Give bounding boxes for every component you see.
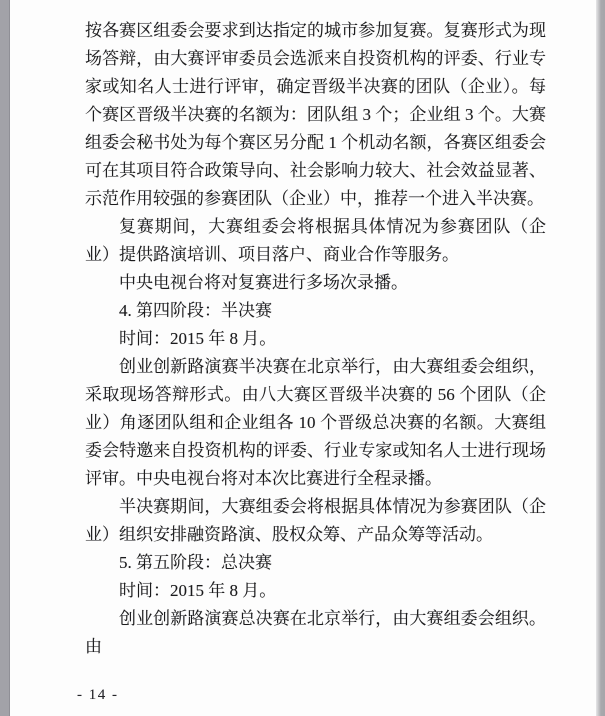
page-number: - 14 - <box>77 687 119 704</box>
paragraph-fusai-services: 复赛期间，大赛组委会将根据具体情况为参赛团队（企业）提供路演培训、项目落户、商业… <box>85 213 546 269</box>
scan-edge-right <box>596 0 605 716</box>
scan-edge-left <box>0 0 10 716</box>
paragraph-final-description: 创业创新路演赛总决赛在北京举行，由大赛组委会组织。由 <box>85 605 546 661</box>
time-stage5: 时间：2015 年 8 月。 <box>85 577 546 605</box>
heading-stage5-final: 5. 第五阶段：总决赛 <box>85 549 546 577</box>
heading-stage4-semifinal: 4. 第四阶段：半决赛 <box>85 297 546 325</box>
scanned-document-page: 按各赛区组委会要求到达指定的城市参加复赛。复赛形式为现场答辩，由大赛评审委员会选… <box>0 0 605 716</box>
paragraph-cctv-fusai-broadcast: 中央电视台将对复赛进行多场次录播。 <box>85 269 546 297</box>
paragraph-fusai-description: 按各赛区组委会要求到达指定的城市参加复赛。复赛形式为现场答辩，由大赛评审委员会选… <box>85 17 546 213</box>
paragraph-semifinal-description: 创业创新路演赛半决赛在北京举行，由大赛组委会组织，采取现场答辩形式。由八大赛区晋… <box>85 353 546 493</box>
time-stage4: 时间：2015 年 8 月。 <box>85 325 546 353</box>
document-body: 按各赛区组委会要求到达指定的城市参加复赛。复赛形式为现场答辩，由大赛评审委员会选… <box>85 17 546 661</box>
paragraph-semifinal-activities: 半决赛期间，大赛组委会将根据具体情况为参赛团队（企业）组织安排融资路演、股权众筹… <box>85 493 546 549</box>
